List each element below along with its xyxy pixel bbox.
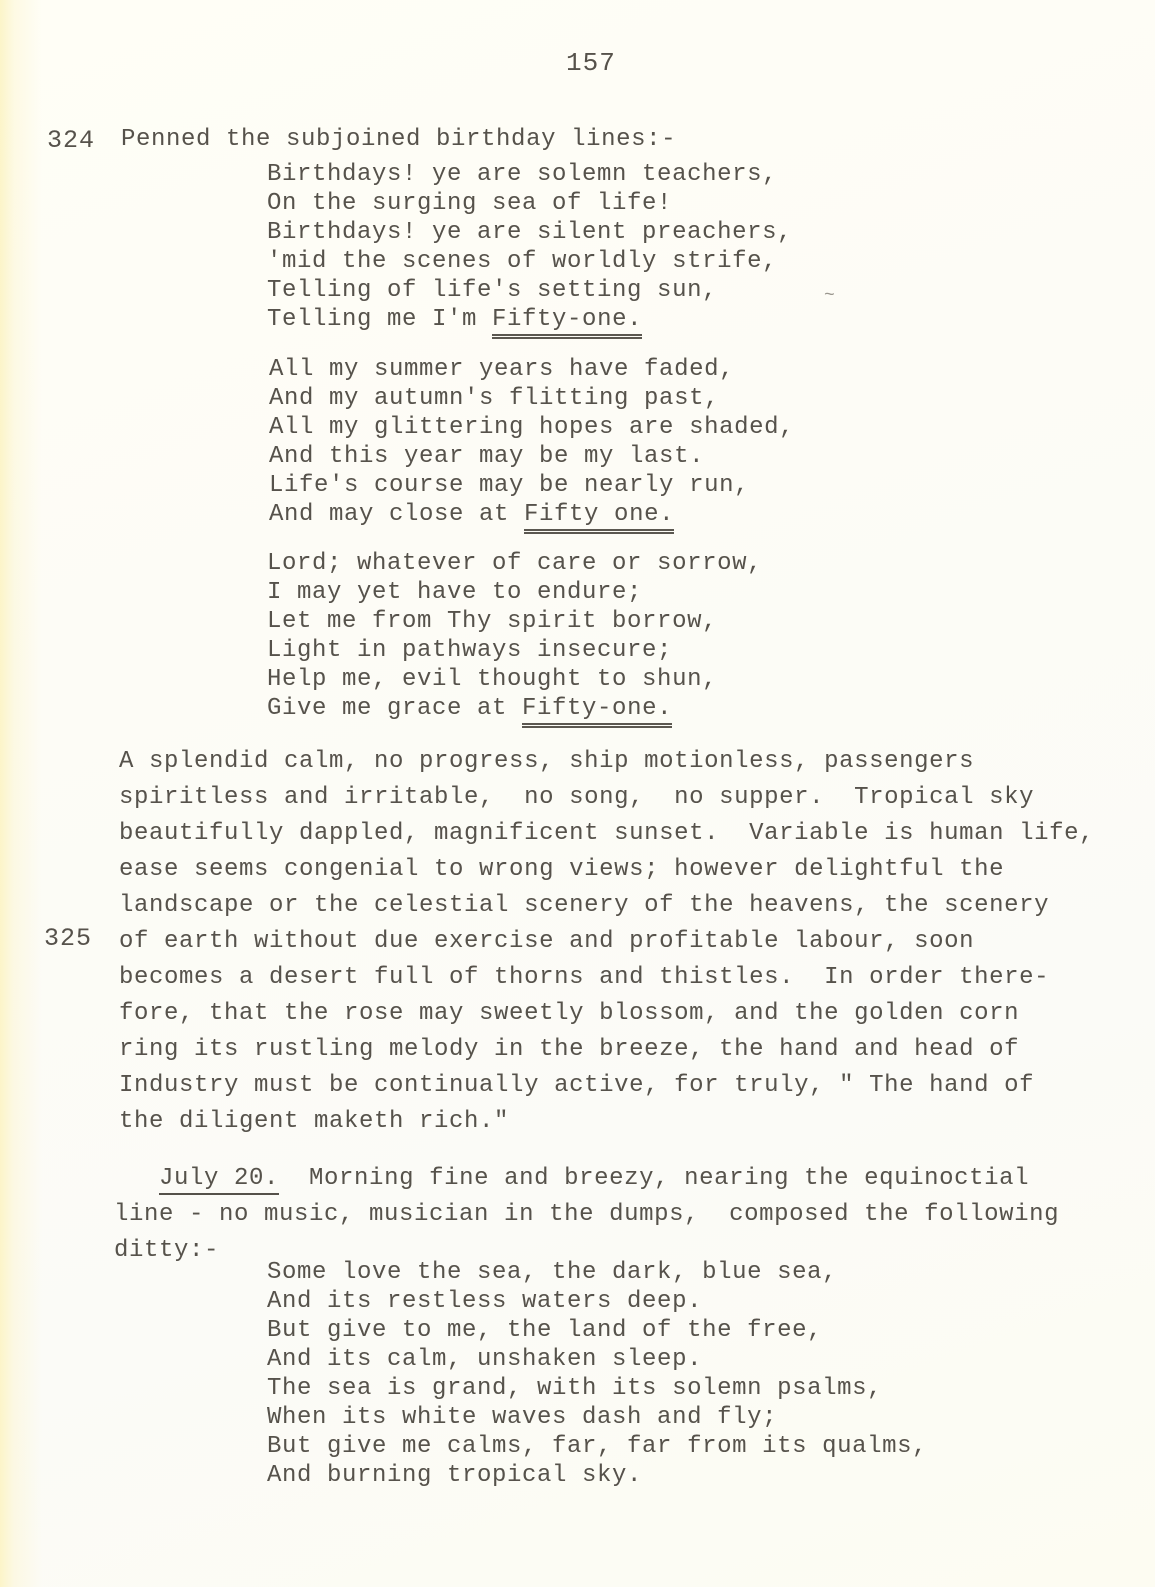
- birthday-poem-stanza-2: All my summer years have faded,And my au…: [269, 355, 794, 529]
- text-line: Industry must be continually active, for…: [119, 1068, 1094, 1104]
- text-line: But give me calms, far, far from its qua…: [267, 1432, 927, 1461]
- text-line: spiritless and irritable, no song, no su…: [119, 780, 1094, 816]
- underlined-text: Fifty-one.: [522, 695, 672, 728]
- text-line: Birthdays! ye are solemn teachers,: [267, 160, 792, 189]
- underlined-text: July 20.: [159, 1165, 279, 1195]
- text-line: fore, that the rose may sweetly blossom,…: [119, 996, 1094, 1032]
- text-line: Help me, evil thought to shun,: [267, 665, 762, 694]
- text-line: And my autumn's flitting past,: [269, 384, 794, 413]
- text-line: Give me grace at Fifty-one.: [267, 694, 762, 723]
- text-line: And may close at Fifty one.: [269, 500, 794, 529]
- text-line: And burning tropical sky.: [267, 1461, 927, 1490]
- text-line: ease seems congenial to wrong views; how…: [119, 852, 1094, 888]
- text-line: The sea is grand, with its solemn psalms…: [267, 1374, 927, 1403]
- text-line: And its restless waters deep.: [267, 1287, 927, 1316]
- text-line: Lord; whatever of care or sorrow,: [267, 549, 762, 578]
- text-line: Telling me I'm Fifty-one.: [267, 305, 792, 334]
- text-line: When its white waves dash and fly;: [267, 1403, 927, 1432]
- text-line: line - no music, musician in the dumps, …: [114, 1197, 1059, 1233]
- text-line: July 20. Morning fine and breezy, nearin…: [114, 1161, 1059, 1197]
- text-line: And its calm, unshaken sleep.: [267, 1345, 927, 1374]
- entry-number-324: 324: [47, 126, 95, 155]
- underlined-text: Fifty-one.: [492, 306, 642, 339]
- text-line: becomes a desert full of thorns and this…: [119, 960, 1094, 996]
- text-line: On the surging sea of life!: [267, 189, 792, 218]
- entry-324-intro: Penned the subjoined birthday lines:-: [121, 126, 676, 153]
- text-line: beautifully dappled, magnificent sunset.…: [119, 816, 1094, 852]
- text-line: I may yet have to endure;: [267, 578, 762, 607]
- text-line: the diligent maketh rich.": [119, 1104, 1094, 1140]
- journal-prose-paragraph: A splendid calm, no progress, ship motio…: [119, 744, 1094, 1140]
- text-line: Telling of life's setting sun,: [267, 276, 792, 305]
- scan-smudge-artifact: ~: [824, 286, 835, 306]
- text-line: 'mid the scenes of worldly strife,: [267, 247, 792, 276]
- text-line: ring its rustling melody in the breeze, …: [119, 1032, 1094, 1068]
- text-line: A splendid calm, no progress, ship motio…: [119, 744, 1094, 780]
- text-line: of earth without due exercise and profit…: [119, 924, 1094, 960]
- text-line: And this year may be my last.: [269, 442, 794, 471]
- july-20-entry-paragraph: July 20. Morning fine and breezy, nearin…: [114, 1161, 1059, 1269]
- text-line: Birthdays! ye are silent preachers,: [267, 218, 792, 247]
- text-line: All my glittering hopes are shaded,: [269, 413, 794, 442]
- underlined-text: Fifty one.: [524, 501, 674, 534]
- text-line: Light in pathways insecure;: [267, 636, 762, 665]
- text-line: Life's course may be nearly run,: [269, 471, 794, 500]
- text-line: landscape or the celestial scenery of th…: [119, 888, 1094, 924]
- birthday-poem-stanza-3: Lord; whatever of care or sorrow,I may y…: [267, 549, 762, 723]
- text-line: Let me from Thy spirit borrow,: [267, 607, 762, 636]
- text-line: Some love the sea, the dark, blue sea,: [267, 1258, 927, 1287]
- page-number: 157: [566, 48, 616, 78]
- document-page: 157 324 Penned the subjoined birthday li…: [0, 0, 1155, 1587]
- entry-number-325: 325: [44, 924, 92, 953]
- text-line: But give to me, the land of the free,: [267, 1316, 927, 1345]
- sea-ditty-poem: Some love the sea, the dark, blue sea,An…: [267, 1258, 927, 1490]
- text-line: All my summer years have faded,: [269, 355, 794, 384]
- birthday-poem-stanza-1: Birthdays! ye are solemn teachers,On the…: [267, 160, 792, 334]
